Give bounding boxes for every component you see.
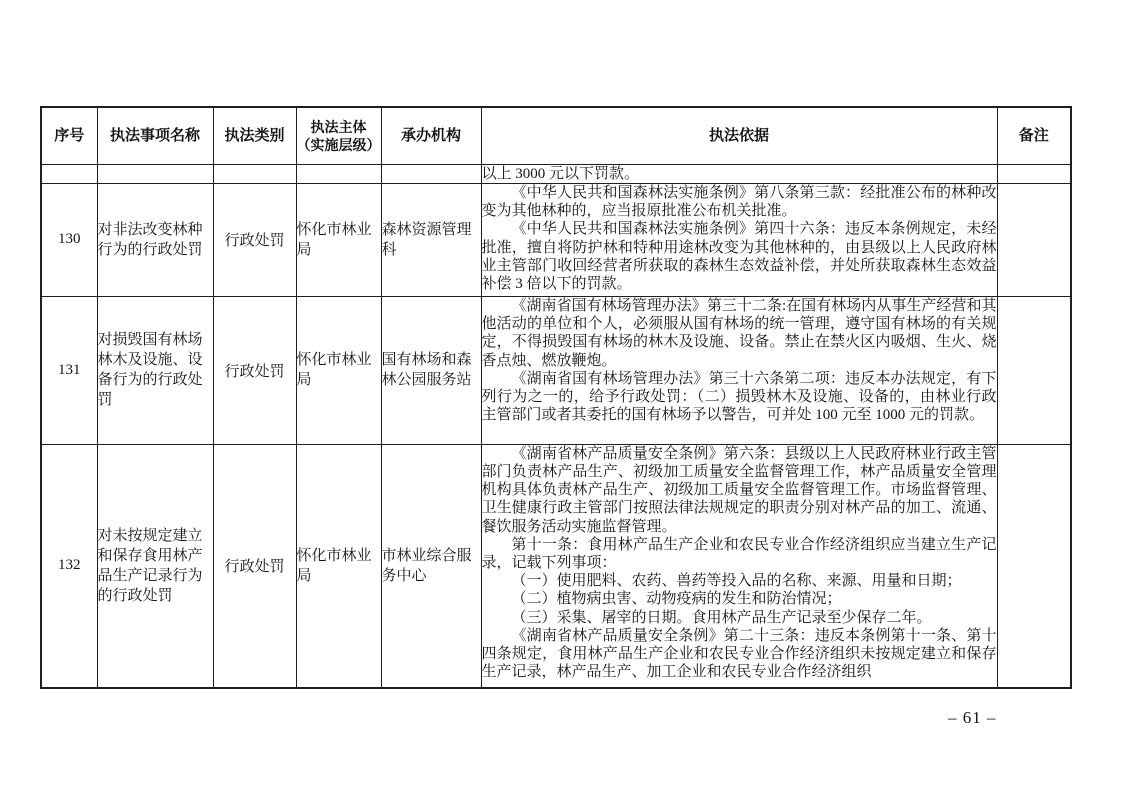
col-header-index: 序号 [41,107,97,164]
cell-basis: 《湖南省国有林场管理办法》第三十二条:在国有林场内从事生产经营和其他活动的单位和… [481,296,997,444]
basis-text: 《湖南省林产品质量安全条例》第六条：县级以上人民政府林业行政主管部门负责林产品生… [482,445,997,687]
cell-basis: 《湖南省林产品质量安全条例》第六条：县级以上人民政府林业行政主管部门负责林产品生… [481,444,997,688]
basis-paragraph: （二）植物病虫害、动物疫病的发生和防治情况； [482,590,997,608]
basis-paragraph: 《湖南省国有林场管理办法》第三十六条第二项：违反本办法规定，有下列行为之一的，给… [482,370,997,425]
basis-paragraph: 《湖南省林产品质量安全条例》第二十三条：违反本条例第十一条、第十四条规定，食用林… [482,627,997,682]
basis-paragraph: 《湖南省林产品质量安全条例》第六条：县级以上人民政府林业行政主管部门负责林产品生… [482,445,997,536]
basis-paragraph: 以上 3000 元以下罚款。 [482,165,997,183]
cell-name: 对非法改变林种行为的行政处罚 [97,183,213,296]
cell-index: 131 [41,296,97,444]
cell-remark [997,164,1071,183]
cell-subject [296,164,381,183]
basis-paragraph: （三）采集、屠宰的日期。食用林产品生产记录至少保存二年。 [482,609,997,627]
cell-subject: 怀化市林业局 [296,444,381,688]
enforcement-matters-table: 序号 执法事项名称 执法类别 执法主体 （实施层级） 承办机构 执法依据 备注 … [40,106,1072,689]
basis-paragraph: 《中华人民共和国森林法实施条例》第四十六条：违反本条例规定，未经批准，擅自将防护… [482,220,997,293]
basis-paragraph: 《湖南省国有林场管理办法》第三十二条:在国有林场内从事生产经营和其他活动的单位和… [482,297,997,370]
cell-basis: 以上 3000 元以下罚款。 [481,164,997,183]
table-row: 131 对损毁国有林场林木及设施、设备行为的行政处罚 行政处罚 怀化市林业局 国… [41,296,1071,444]
cell-remark [997,296,1071,444]
basis-paragraph: 第十一条：食用林产品生产企业和农民专业合作经济组织应当建立生产记录，记载下列事项… [482,536,997,572]
cell-category: 行政处罚 [213,444,296,688]
cell-basis: 《中华人民共和国森林法实施条例》第八条第三款：经批准公布的林种改变为其他林种的，… [481,183,997,296]
table-header-row: 序号 执法事项名称 执法类别 执法主体 （实施层级） 承办机构 执法依据 备注 [41,107,1071,164]
table-row: 132 对未按规定建立和保存食用林产品生产记录行为的行政处罚 行政处罚 怀化市林… [41,444,1071,688]
cell-category: 行政处罚 [213,296,296,444]
cell-name: 对损毁国有林场林木及设施、设备行为的行政处罚 [97,296,213,444]
cell-name [97,164,213,183]
col-header-name: 执法事项名称 [97,107,213,164]
cell-category [213,164,296,183]
cell-agency [381,164,481,183]
cell-subject: 怀化市林业局 [296,296,381,444]
cell-index: 130 [41,183,97,296]
basis-paragraph: 《中华人民共和国森林法实施条例》第八条第三款：经批准公布的林种改变为其他林种的，… [482,184,997,220]
table-row: 以上 3000 元以下罚款。 [41,164,1071,183]
cell-index: 132 [41,444,97,688]
table-row: 130 对非法改变林种行为的行政处罚 行政处罚 怀化市林业局 森林资源管理科 《… [41,183,1071,296]
cell-agency: 森林资源管理科 [381,183,481,296]
cell-index [41,164,97,183]
col-header-basis: 执法依据 [481,107,997,164]
page-number: – 61 – [948,708,1068,728]
col-header-agency: 承办机构 [381,107,481,164]
col-header-category: 执法类别 [213,107,296,164]
basis-paragraph: （一）使用肥料、农药、兽药等投入品的名称、来源、用量和日期； [482,572,997,590]
cell-remark [997,183,1071,296]
basis-text: 《湖南省国有林场管理办法》第三十二条:在国有林场内从事生产经营和其他活动的单位和… [482,297,997,443]
basis-text: 《中华人民共和国森林法实施条例》第八条第三款：经批准公布的林种改变为其他林种的，… [482,184,997,295]
cell-subject: 怀化市林业局 [296,183,381,296]
cell-name: 对未按规定建立和保存食用林产品生产记录行为的行政处罚 [97,444,213,688]
col-header-remark: 备注 [997,107,1071,164]
cell-agency: 国有林场和森林公园服务站 [381,296,481,444]
col-header-subject: 执法主体 （实施层级） [296,107,381,164]
cell-remark [997,444,1071,688]
cell-category: 行政处罚 [213,183,296,296]
basis-text: 以上 3000 元以下罚款。 [482,165,997,183]
cell-agency: 市林业综合服务中心 [381,444,481,688]
